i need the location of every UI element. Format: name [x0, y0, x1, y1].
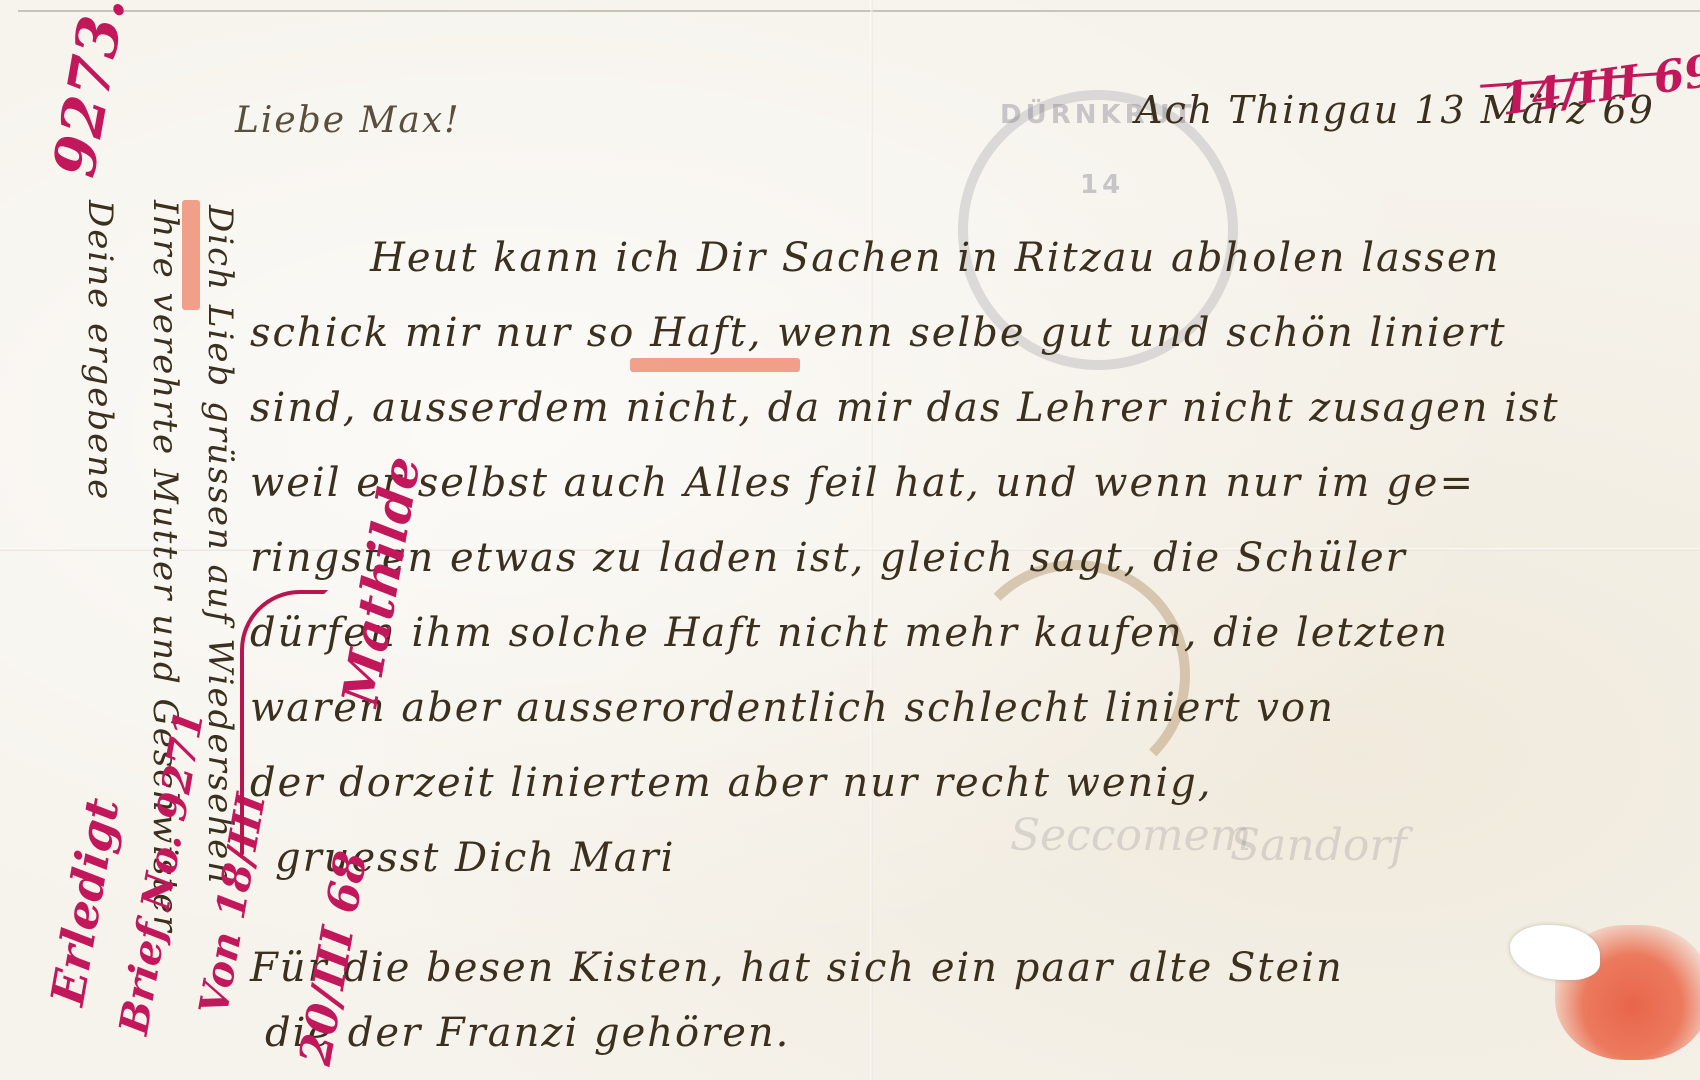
body-line-7: waren aber ausserordentlich schlecht lin… — [250, 685, 1335, 731]
magenta-flourish-curve — [240, 590, 328, 858]
margin-vertical-line-1: Dich Lieb grüssen auf Wiedersehen — [200, 205, 240, 885]
reverse-bleedthrough-1: Seccomem — [1010, 810, 1251, 861]
reverse-bleedthrough-2: Sandorf — [1230, 820, 1407, 871]
body-line-5: ringsten etwas zu laden ist, gleich sagt… — [250, 535, 1407, 581]
postmark-stamp-brown — [960, 560, 1190, 790]
postmark-number: 14 — [1080, 170, 1124, 200]
margin-vertical-line-3: Deine ergebene — [80, 200, 120, 501]
body-line-8: der dorzeit liniertem aber nur recht wen… — [250, 760, 1212, 806]
body-line-4: weil er selbst auch Alles feil hat, und … — [250, 460, 1475, 506]
body-line-1: Heut kann ich Dir Sachen in Ritzau abhol… — [370, 235, 1500, 281]
paper-top-edge — [18, 10, 1700, 12]
body-line-2: schick mir nur so Haft, wenn selbe gut u… — [250, 310, 1507, 356]
body-line-3: sind, ausserdem nicht, da mir das Lehrer… — [250, 385, 1560, 431]
postscript-line-1: Für die besen Kisten, hat sich ein paar … — [250, 945, 1344, 991]
salutation: Liebe Max! — [235, 100, 461, 141]
red-crayon-underline — [630, 358, 800, 372]
body-line-6: dürfen ihm solche Haft nicht mehr kaufen… — [250, 610, 1449, 656]
